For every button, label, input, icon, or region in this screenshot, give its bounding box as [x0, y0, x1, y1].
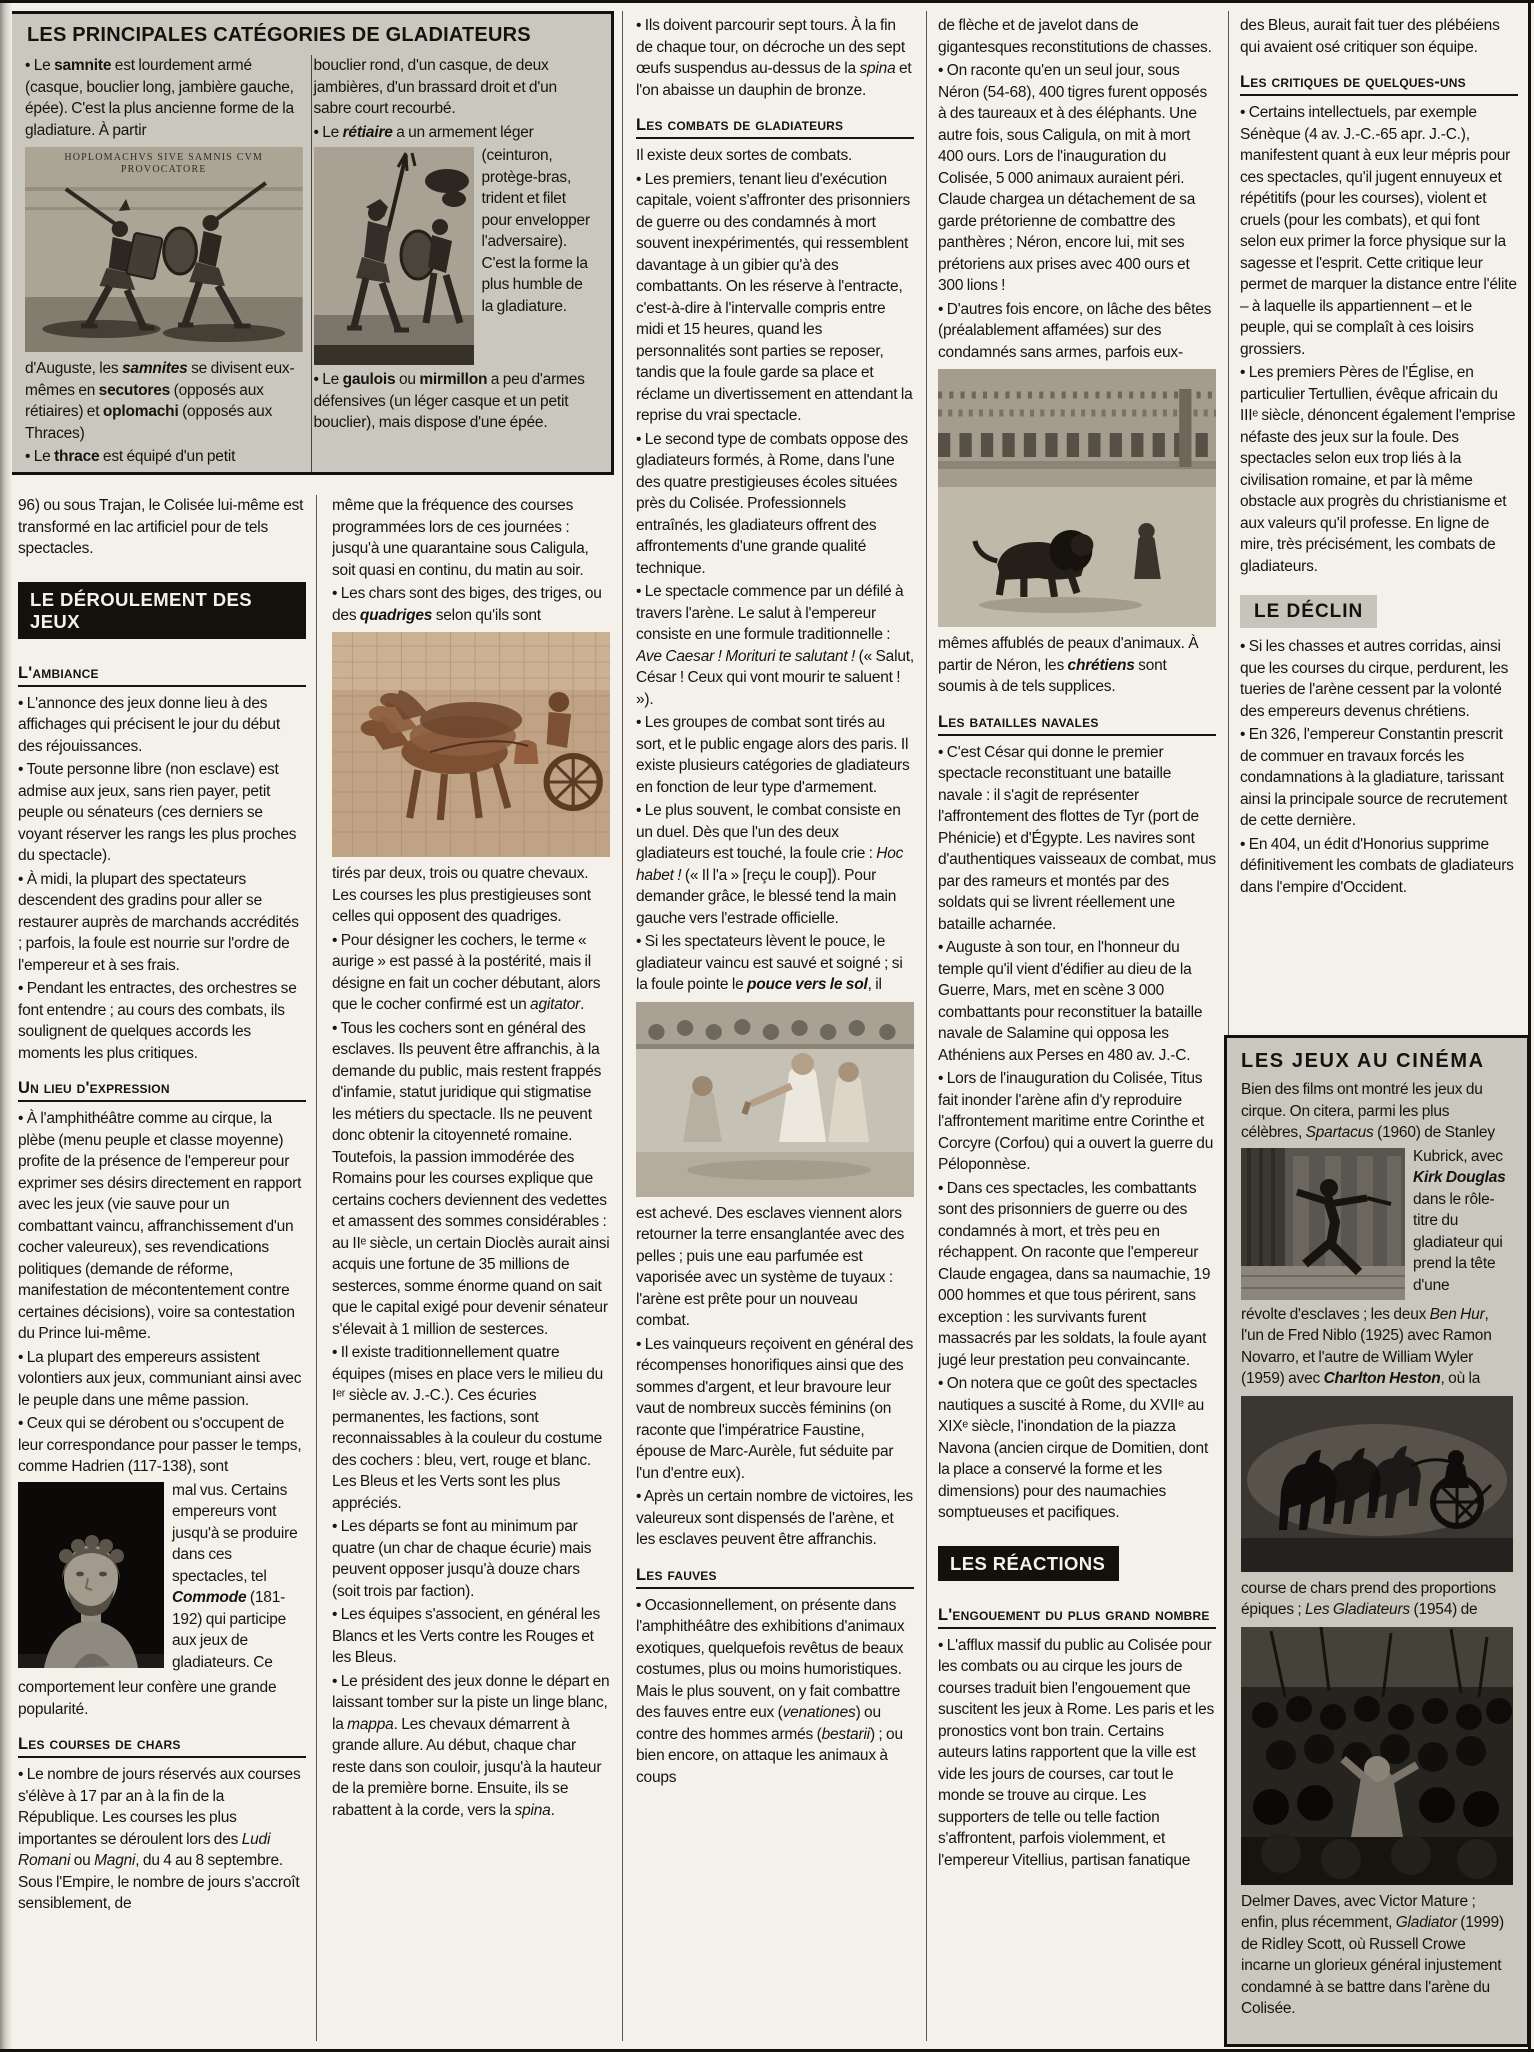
- figure-with-text: Kubrick, avec Kirk Douglas dans le rôle-…: [1241, 1146, 1513, 1302]
- section-subheading: Les courses de chars: [18, 1735, 306, 1758]
- paragraph: de flèche et de javelot dans de gigantes…: [938, 15, 1216, 58]
- categories-col-left: • Le samnite est lourdement armé (casque…: [23, 55, 311, 475]
- engraving-caption: HOPLOMACHVS SIVE SAMNIS CVM PROVOCATORE: [25, 152, 303, 176]
- paragraph: tirés par deux, trois ou quatre chevaux.…: [332, 863, 610, 928]
- paragraph: Delmer Daves, avec Victor Mature ; enfin…: [1241, 1891, 1513, 2020]
- paragraph: • Les premiers, tenant lieu d'exécution …: [636, 169, 914, 427]
- column-3: • Ils doivent parcourir sept tours. À la…: [636, 15, 914, 2043]
- paragraph: • En 326, l'empereur Constantin prescrit…: [1240, 724, 1518, 832]
- paragraph: • En 404, un édit d'Honorius supprime dé…: [1240, 834, 1518, 899]
- spartacus-still-image: [1241, 1148, 1405, 1300]
- section-subheading: Les fauves: [636, 1566, 914, 1589]
- paragraph: • Le gaulois ou mirmillon a peu d'armes …: [314, 369, 592, 434]
- paragraph: • Il existe traditionnellement quatre éq…: [332, 1342, 610, 1514]
- encyclopedia-page: LES PRINCIPALES CATÉGORIES DE GLADIATEUR…: [0, 0, 1534, 2052]
- paragraph: • Le rétiaire a un armement léger: [314, 122, 592, 144]
- paragraph: • Si les spectateurs lèvent le pouce, le…: [636, 931, 914, 996]
- paragraph: • Le spectacle commence par un défilé à …: [636, 581, 914, 710]
- paragraph: • Le plus souvent, le combat consiste en…: [636, 800, 914, 929]
- section-header-bar: LE DÉROULEMENT DES JEUX: [18, 582, 306, 639]
- paragraph: mêmes affublés de peaux d'animaux. À par…: [938, 633, 1216, 698]
- column-5: des Bleus, aurait fait tuer des plébéien…: [1240, 15, 1518, 1027]
- paragraph: (ceinturon, protège-bras, trident et fil…: [482, 145, 592, 365]
- figure-with-text: (ceinturon, protège-bras, trident et fil…: [314, 145, 592, 367]
- paragraph: course de chars prend des proportions ép…: [1241, 1578, 1513, 1621]
- section-subheading: Les combats de gladiateurs: [636, 116, 914, 139]
- paragraph: • On raconte qu'en un seul jour, sous Né…: [938, 60, 1216, 297]
- paragraph: • L'afflux massif du public au Colisée p…: [938, 1635, 1216, 1872]
- paragraph: • Dans ces spectacles, les combattants s…: [938, 1178, 1216, 1372]
- paragraph: • Ceux qui se dérobent ou s'occupent de …: [18, 1413, 306, 1478]
- paragraph: • À l'amphithéâtre comme au cirque, la p…: [18, 1108, 306, 1345]
- paragraph: même que la fréquence des courses progra…: [332, 495, 610, 581]
- quadrige-mosaic-image: [332, 632, 610, 857]
- paragraph: 96) ou sous Trajan, le Colisée lui-même …: [18, 495, 306, 560]
- cinema-box-title: LES JEUX AU CINÉMA: [1241, 1050, 1513, 1073]
- cinema-box-content: Bien des films ont montré les jeux du ci…: [1241, 1079, 1513, 2020]
- paragraph: Bien des films ont montré les jeux du ci…: [1241, 1079, 1513, 1144]
- gladiateurs-still-image: [1241, 1627, 1513, 1885]
- lion-arena-image: [938, 369, 1216, 627]
- paragraph: • La plupart des empereurs assistent vol…: [18, 1347, 306, 1412]
- paragraph: • Les vainqueurs reçoivent en général de…: [636, 1334, 914, 1485]
- paragraph: • Pendant les entractes, des orchestres …: [18, 978, 306, 1064]
- paragraph: • Toute personne libre (non esclave) est…: [18, 759, 306, 867]
- paragraph: • Les équipes s'associent, en général le…: [332, 1604, 610, 1669]
- section-subheading: Les batailles navales: [938, 713, 1216, 736]
- section-subheading: L'ambiance: [18, 664, 306, 687]
- paragraph: • Le second type de combats oppose des g…: [636, 429, 914, 580]
- paragraph: • Le thrace est équipé d'un petit: [25, 446, 303, 468]
- paragraph: • Pour désigner les cochers, le terme « …: [332, 930, 610, 1016]
- section-subheading: L'engouement du plus grand nombre: [938, 1606, 1216, 1629]
- paragraph: est achevé. Des esclaves viennent alors …: [636, 1203, 914, 1332]
- paragraph: • Les groupes de combat sont tirés au so…: [636, 712, 914, 798]
- paragraph: • Les départs se font au minimum par qua…: [332, 1516, 610, 1602]
- retiaire-engraving-image: [314, 147, 474, 365]
- cinema-box: LES JEUX AU CINÉMA Bien des films ont mo…: [1224, 1035, 1530, 2047]
- paragraph: • Tous les cochers sont en général des e…: [332, 1018, 610, 1341]
- paragraph: • Les chars sont des biges, des triges, …: [332, 583, 610, 626]
- paragraph: • Auguste à son tour, en l'honneur du te…: [938, 937, 1216, 1066]
- section-header-bar: LES RÉACTIONS: [938, 1546, 1119, 1581]
- paragraph: • À midi, la plupart des spectateurs des…: [18, 869, 306, 977]
- paragraph: Kubrick, avec Kirk Douglas dans le rôle-…: [1413, 1146, 1513, 1300]
- paragraph: • Le président des jeux donne le départ …: [332, 1671, 610, 1822]
- paragraph: • Après un certain nombre de victoires, …: [636, 1486, 914, 1551]
- paragraph: révolte d'esclaves ; les deux Ben Hur, l…: [1241, 1304, 1513, 1390]
- column-1: 96) ou sous Trajan, le Colisée lui-même …: [18, 495, 306, 2043]
- paragraph: • Le samnite est lourdement armé (casque…: [25, 55, 303, 141]
- categories-box-columns: • Le samnite est lourdement armé (casque…: [23, 55, 599, 475]
- column-divider-1: [316, 495, 317, 2041]
- paragraph: • C'est César qui donne le premier spect…: [938, 742, 1216, 936]
- paragraph: • Certains intellectuels, par exemple Sé…: [1240, 102, 1518, 360]
- paragraph: des Bleus, aurait fait tuer des plébéien…: [1240, 15, 1518, 58]
- section-subheading: Un lieu d'expression: [18, 1079, 306, 1102]
- paragraph: comportement leur confère une grande pop…: [18, 1677, 306, 1720]
- column-divider-3: [926, 11, 927, 2041]
- paragraph: Il existe deux sortes de combats.: [636, 145, 914, 167]
- gladiator-categories-box: LES PRINCIPALES CATÉGORIES DE GLADIATEUR…: [8, 11, 614, 475]
- paragraph: bouclier rond, d'un casque, de deux jamb…: [314, 55, 592, 120]
- paragraph: • On notera que ce goût des spectacles n…: [938, 1373, 1216, 1524]
- paragraph: • Ils doivent parcourir sept tours. À la…: [636, 15, 914, 101]
- categories-col-right: bouclier rond, d'un casque, de deux jamb…: [312, 55, 600, 475]
- scan-gutter-edge: [0, 3, 12, 2049]
- paragraph: d'Auguste, les samnites se divisent eux-…: [25, 358, 303, 444]
- section-subheading: Les critiques de quelques-uns: [1240, 73, 1518, 96]
- column-divider-2: [622, 11, 623, 2041]
- column-4: de flèche et de javelot dans de gigantes…: [938, 15, 1216, 2043]
- paragraph: • D'autres fois encore, on lâche des bêt…: [938, 299, 1216, 364]
- paragraph: • Si les chasses et autres corridas, ain…: [1240, 636, 1518, 722]
- paragraph: • Occasionnellement, on présente dans l'…: [636, 1595, 914, 1789]
- figure-with-text: mal vus. Certains empereurs vont jusqu'à…: [18, 1480, 306, 1676]
- categories-box-title: LES PRINCIPALES CATÉGORIES DE GLADIATEUR…: [27, 24, 597, 47]
- samnite-engraving-image: HOPLOMACHVS SIVE SAMNIS CVM PROVOCATORE: [25, 147, 303, 352]
- column-2: même que la fréquence des courses progra…: [332, 495, 610, 2043]
- paragraph: • Le nombre de jours réservés aux course…: [18, 1764, 306, 1915]
- paragraph: • L'annonce des jeux donne lieu à des af…: [18, 693, 306, 758]
- pouce-painting-image: [636, 1002, 914, 1197]
- scan-border-right: [1528, 3, 1531, 2049]
- section-header-gray: LE DÉCLIN: [1240, 595, 1377, 628]
- paragraph: mal vus. Certains empereurs vont jusqu'à…: [172, 1480, 306, 1674]
- paragraph: • Les premiers Pères de l'Église, en par…: [1240, 362, 1518, 577]
- benhur-still-image: [1241, 1396, 1513, 1572]
- commode-bust-image: [18, 1482, 164, 1668]
- paragraph: • Lors de l'inauguration du Colisée, Tit…: [938, 1068, 1216, 1176]
